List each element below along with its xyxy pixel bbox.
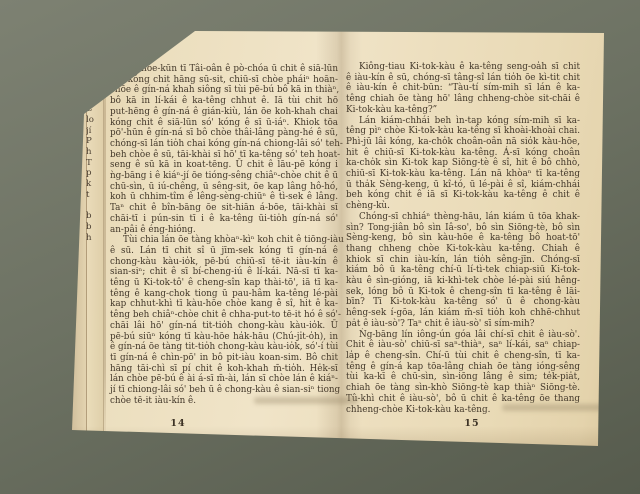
text-line: koh ū chhim-tîm ê lêng-sèng-chiūⁿ ê tì-s… xyxy=(110,192,338,203)
text-line: h xyxy=(86,147,102,158)
text-line: chiū-sī Ki-tok-kàu ka-têng. Lán nā khòaⁿ… xyxy=(346,169,580,180)
text-line: pa̍t ê iàu-sò'? Taⁿ chit ê iàu-sò' sī sí… xyxy=(346,319,580,330)
text-line: lán chòe pē-bú ê ài á-sī m̄-ài, lán sī c… xyxy=(110,374,338,385)
text-line: pō'-hūn ê gín-ná sī bô chòe thâi-lâng pà… xyxy=(110,128,338,139)
ink-show-through-right xyxy=(502,404,610,411)
text-line: chāi-tī i pún-sin tī i ê ka-têng ūi-tio̍… xyxy=(110,214,338,225)
text-line: têng pìⁿ chòe Ki-tok-kàu ka-têng sī khoà… xyxy=(346,126,580,137)
text-line: teh kóng chit hāng sū-sit, chiū-sī chòe … xyxy=(110,75,338,86)
text-line: ê iàu-kín ê chit-būn: “Tàu-tí sím-mih sī… xyxy=(346,83,580,94)
text-line: ê gín-ná ōe tàng tit-tio̍h chong-kàu kàu… xyxy=(110,342,338,353)
text-line: la̍p ê cheng-sîn. Chí-ū tùi chit ê cheng… xyxy=(346,351,580,362)
text-line: an-pâi ê éng-hióng. xyxy=(110,225,338,236)
page-number-right: 15 xyxy=(452,418,492,429)
text-line: ê xyxy=(86,93,102,104)
open-book: iāitêClojíPhTpkt bbh chāi. Chòe-kūn tī T… xyxy=(58,26,622,452)
text-line: t xyxy=(86,190,102,201)
text-line: têng ê gín-á kap tōa-lâng chiah ōe tàng … xyxy=(346,362,580,373)
text-line: kiám bô ū ka-têng chí-ū lí-tì-tek chiap-… xyxy=(346,265,580,276)
text-line: Ki-tok-kàu ka-têng?” xyxy=(346,105,580,116)
text-line: chāi lâi hō' gín-ná tit-tio̍h chong-kàu … xyxy=(110,321,338,332)
text-line: khiok sī chin iàu-kín, lán tio̍h sêng-jī… xyxy=(346,255,580,266)
text-line: k xyxy=(86,179,102,190)
text-line: P xyxy=(86,136,102,147)
text-line: h xyxy=(86,233,102,244)
text-line: beh kóng chit ê iā sī Ki-tok-kàu ka-têng… xyxy=(346,190,580,201)
text-line: Tùi chia lán ōe tàng khòaⁿ-kìⁿ koh chit … xyxy=(110,235,338,246)
text-line: Tû-khì chit ê iàu-sò', bô ū chit ê ka-tê… xyxy=(346,394,580,405)
text-line: kóng chit ê siā-lūn só' kóng ê sī ū-iáⁿ.… xyxy=(110,118,338,129)
text-line: têng ū Ki-tok-tô' ê cheng-sîn kap thài-t… xyxy=(110,278,338,289)
text-line: b xyxy=(86,211,102,222)
text-line: têng beh chiâⁿ-chòe chit ê chha-put-to t… xyxy=(110,310,338,321)
text-line: ū tha̍k Sèng-keng, ū kî-tó, ū lé-pài ê s… xyxy=(346,180,580,191)
page-fold-crease xyxy=(104,26,106,452)
text-line: chóng-sī lán tio̍h chai kóng gín-ná chio… xyxy=(110,139,338,150)
text-line: p xyxy=(86,168,102,179)
text-line: hit ê chiū-sī Ki-tok-kàu ka-têng. Á-sī k… xyxy=(346,148,580,159)
ink-show-through-left xyxy=(254,397,358,404)
text-line: hāng tāi-chì sī pí chit ê koh-khah m̄-ti… xyxy=(110,364,338,375)
text-line: sek, lóng bô ū Ki-tok ê cheng-sîn tī ka-… xyxy=(346,287,580,298)
text-line: ê iàu-kín ê sū, chóng-sī tâng-sî lán tio… xyxy=(346,73,580,84)
text-line: tùi ka-kī ê chū-sìn, sìn-iōng lâng ê sim… xyxy=(346,372,580,383)
text-line: têng ê kang-chok tiong ū pau-hâm ka-têng… xyxy=(110,289,338,300)
text-line: Taⁿ chit ê bîn-bāng ōe sit-hiān á-bōe, t… xyxy=(110,203,338,214)
text-line: bīn? Tī Ki-tok-kàu ka-têng só' ū ê chong… xyxy=(346,297,580,308)
text-line: bô kā in lí-kái ê ka-têng chhut ê. Iā tù… xyxy=(110,96,338,107)
text-line: ka-cho̍k sìn Ki-tok kap Siōng-tè ê sî, h… xyxy=(346,158,580,169)
text-line: put-hēng ê gín-ná ê gián-kiù, lán ōe koh… xyxy=(110,107,338,118)
text-line: lo xyxy=(86,115,102,126)
text-line: ǹg-bāng i ê kiáⁿ-jí ōe tióng-sêng chiâⁿ-… xyxy=(110,171,338,182)
text-line: seng ê sū kā in koat-tēng. Ū chit ê lāu-… xyxy=(110,160,338,171)
text-line: jí tī chiong-lâi só' beh ū ê chong-kàu ê… xyxy=(110,385,338,396)
text-line: thang chheng chòe Ki-tok-kàu ka-têng. Ch… xyxy=(346,244,580,255)
text-line: chōe ê gín-ná khah siông sī tùi pē-bú bô… xyxy=(110,85,338,96)
underlying-page-text-fragments: iāitêClojíPhTpkt bbh xyxy=(86,72,102,243)
page-edge-stack-outer xyxy=(68,26,87,452)
text-line: beh chòe ê sū, tāi-khài sī hō' tī ka-tên… xyxy=(110,150,338,161)
text-line: chiah ōe tàng sìn-khò Siōng-tè kap thiàⁿ… xyxy=(346,383,580,394)
text-line: b xyxy=(86,222,102,233)
text-line: kap chhut-khì tī kàu-hōe chòe kang ê sî,… xyxy=(110,299,338,310)
text-line: iā xyxy=(86,72,102,83)
text-line: chèng-kù. xyxy=(346,201,580,212)
photo-background: iāitêClojíPhTpkt bbh chāi. Chòe-kūn tī T… xyxy=(0,0,640,494)
text-line: têng chiah ōe tàng hō' lâng chheng-chòe … xyxy=(346,94,580,105)
left-page-text: chāi. Chòe-kūn tī Tâi-oân ê pò-chóa ū ch… xyxy=(110,64,338,407)
text-line: Kiông-tiau Ki-tok-kàu ê ka-têng seng-oa̍… xyxy=(346,62,580,73)
text-line: tī gín-ná ê chìn-pō' in bô pit-iàu koan-… xyxy=(110,353,338,364)
text-line: chong-kàu kàu-io̍k, pē-bú chiū-sī tē-it … xyxy=(110,257,338,268)
text-line: kàu ê sìn-gióng, iā ki-khì-tek chòe lé-p… xyxy=(346,276,580,287)
text-line: Chit ê iàu-sò' chiū-sī saⁿ-thiàⁿ, saⁿ lí… xyxy=(346,340,580,351)
text-line: it xyxy=(86,83,102,94)
text-line: Chóng-sī chhiáⁿ thèng-hāu, lán kiám ū tō… xyxy=(346,212,580,223)
text-line: pē-bú siūⁿ kóng tī kàu-hōe ha̍k-hāu (Chú… xyxy=(110,332,338,343)
text-line: Lán kiám-chhái beh ìn-tap kóng sím-mih s… xyxy=(346,116,580,127)
text-line: Phì-jū lâi kóng, ka-cho̍k choân-oân nā s… xyxy=(346,137,580,148)
text-line: Ǹg-bāng lín iông-ún góa lâi chí-sī chit … xyxy=(346,330,580,341)
page-number-left: 14 xyxy=(158,418,198,429)
text-line: T xyxy=(86,158,102,169)
text-line xyxy=(86,200,102,211)
text-line: jí xyxy=(86,126,102,137)
text-line: sìn? Tong-jiân bô sìn Iâ-so', bô sìn Siō… xyxy=(346,223,580,234)
text-line: chāi. Chòe-kūn tī Tâi-oân ê pò-chóa ū ch… xyxy=(110,64,338,75)
text-line: C xyxy=(86,104,102,115)
text-line: ê sū. Lán tī chit sî ū jīm-sek kóng tī g… xyxy=(110,246,338,257)
text-line: hêng-sek í-gōa, lán kiám m̄-sī tio̍h koh… xyxy=(346,308,580,319)
right-page-text: Kiông-tiau Ki-tok-kàu ê ka-têng seng-oa̍… xyxy=(346,62,580,415)
text-line: chū-sìn, ū iú-chêng, ū sêng-sit, ōe kap … xyxy=(110,182,338,193)
text-line: sian-siⁿ; chit ê sī bí-cheng-iú ê lí-kái… xyxy=(110,267,338,278)
text-line: Sèng-keng, bô sìn kàu-hōe ê ka-têng bô h… xyxy=(346,233,580,244)
